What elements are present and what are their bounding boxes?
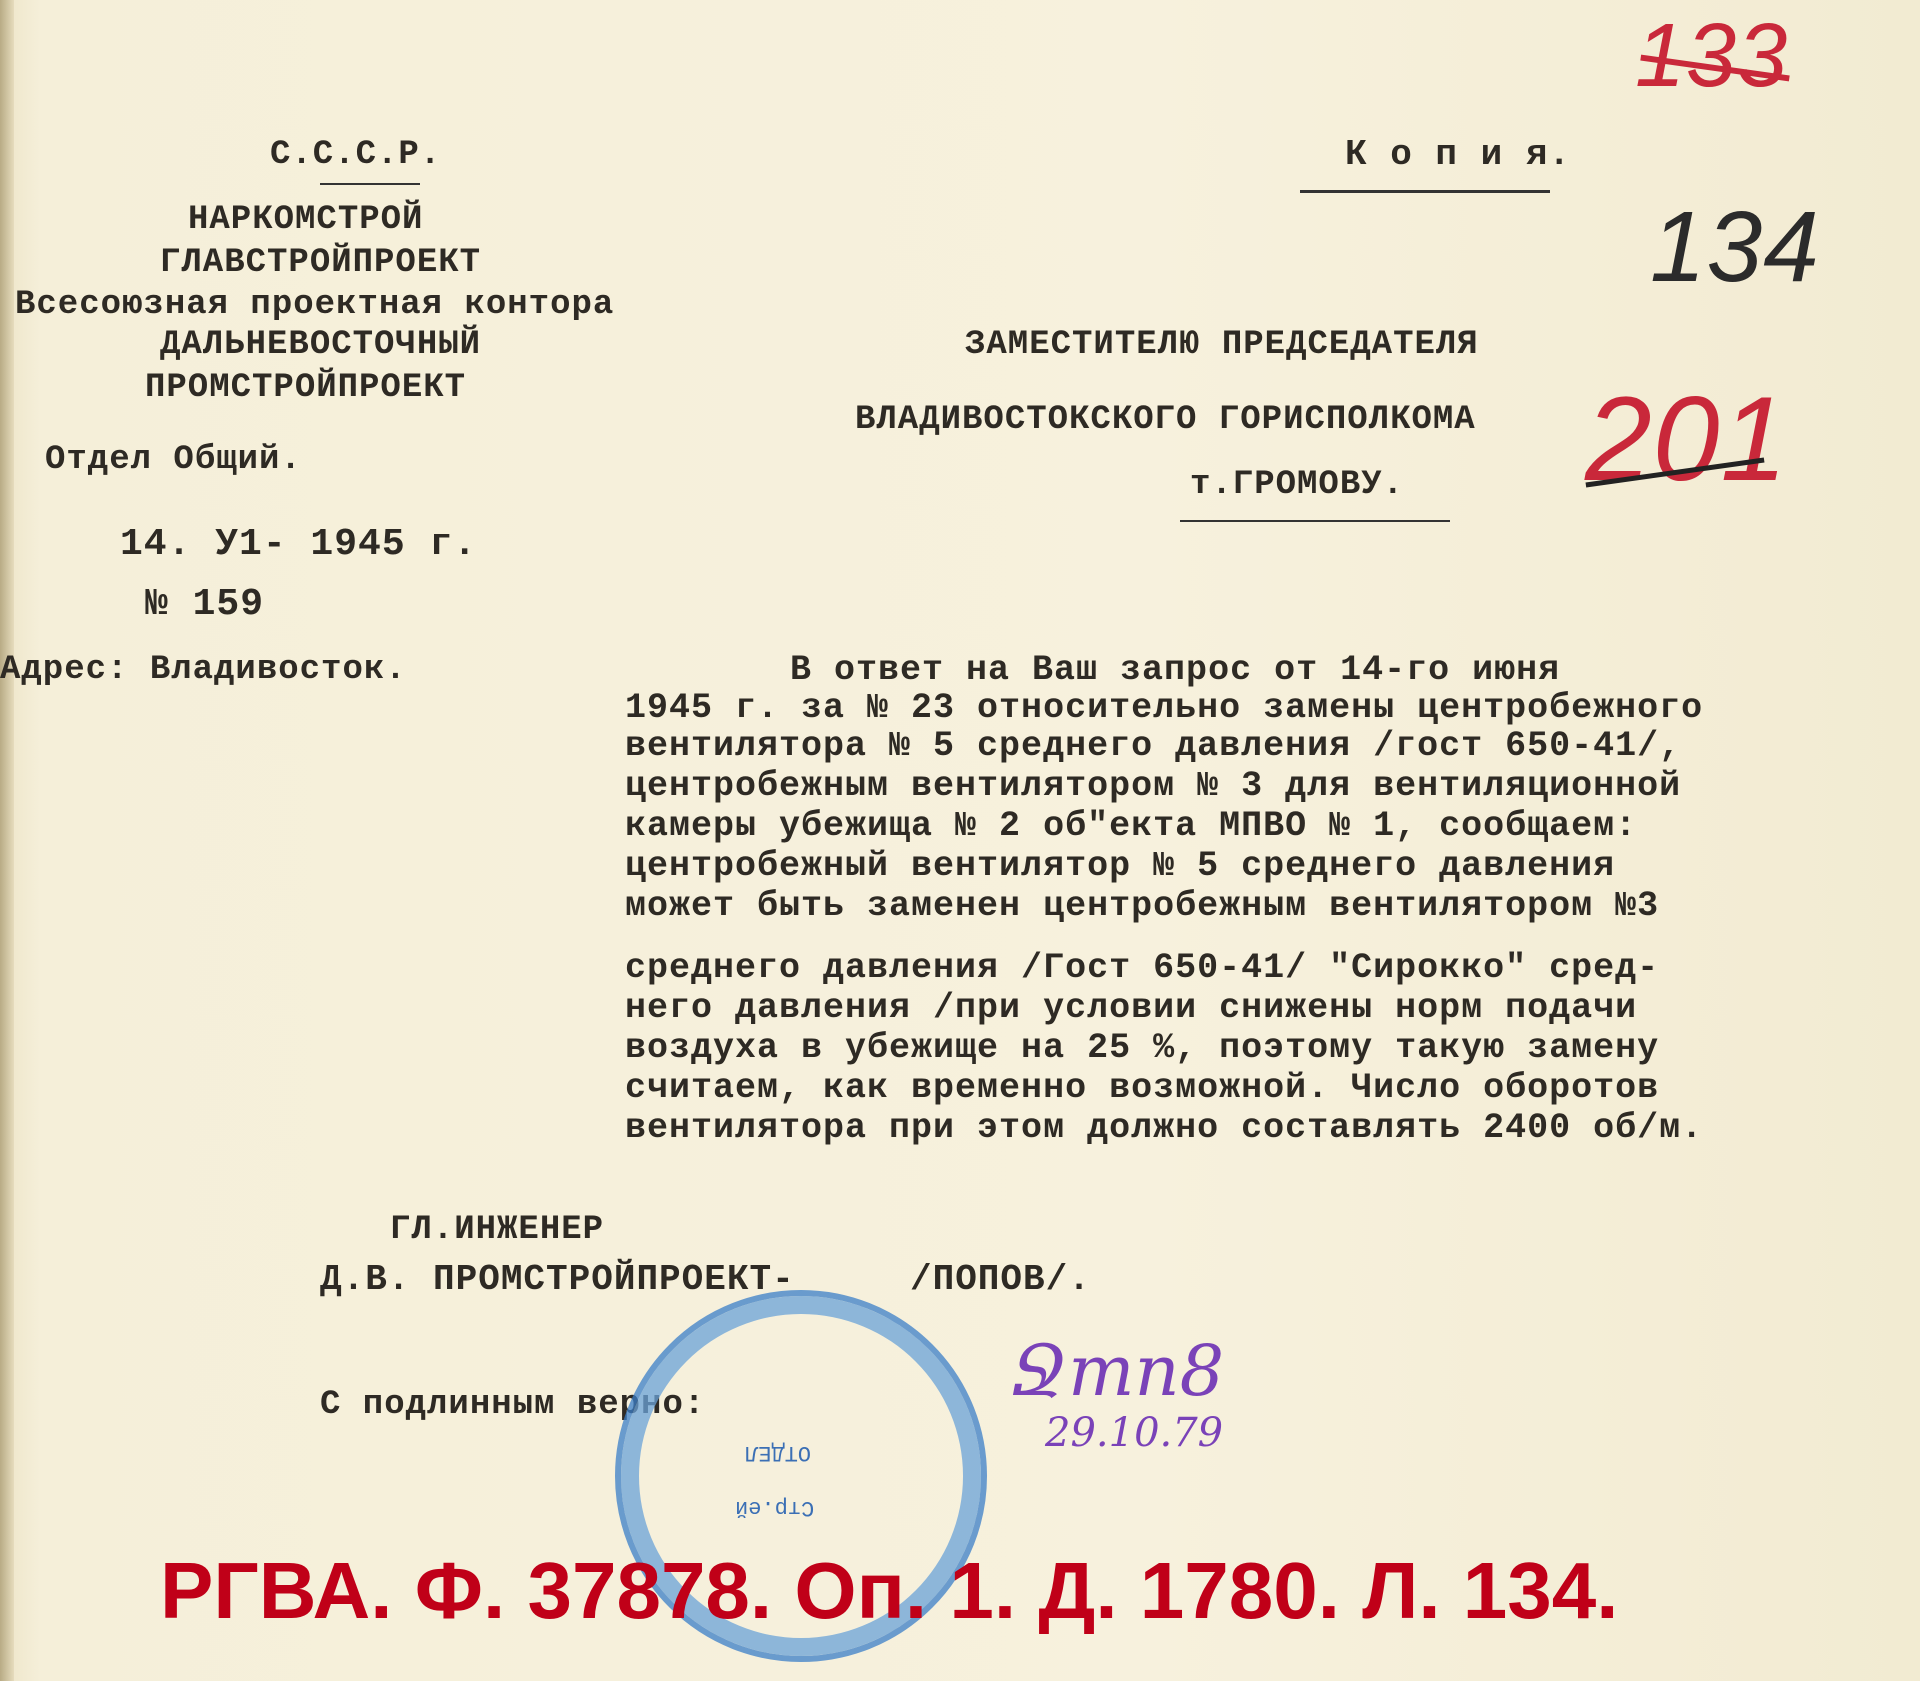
addressee-line-2: ВЛАДИВОСТОКСКОГО ГОРИСПОЛКОМА <box>855 400 1476 440</box>
letterhead-office-name-1: ДАЛЬНЕВОСТОЧНЫЙ <box>160 325 481 365</box>
signatory-title-1: ГЛ.ИНЖЕНЕР <box>390 1210 604 1250</box>
body-line-3: вентилятора № 5 среднего давления /гост … <box>625 726 1681 766</box>
addressee-underline <box>1180 520 1450 522</box>
body-line-11: считаем, как временно возможной. Число о… <box>625 1068 1659 1108</box>
letterhead-ministry: НАРКОМСТРОЙ <box>188 200 423 240</box>
letterhead-address: Адрес: Владивосток. <box>0 650 407 690</box>
body-line-5: камеры убежища № 2 об"екта МПВО № 1, соо… <box>625 806 1637 846</box>
letterhead-country: С.С.С.Р. <box>270 135 441 175</box>
body-line-4: центробежным вентилятором № 3 для вентил… <box>625 766 1681 806</box>
body-line-8: среднего давления /Гост 650-41/ "Сирокко… <box>625 948 1659 988</box>
letterhead-department: Отдел Общий. <box>45 440 302 480</box>
letterhead-date: 14. У1- 1945 г. <box>120 525 477 565</box>
letterhead-office-name-2: ПРОМСТРОЙПРОЕКТ <box>145 368 466 408</box>
crossed-red-number: 201 <box>1585 370 1788 508</box>
body-line-12: вентилятора при этом должно составлять 2… <box>625 1108 1703 1148</box>
signatory-title-2: Д.В. ПРОМСТРОЙПРОЕКТ- <box>320 1260 795 1300</box>
handwritten-date: 29.10.79 <box>1045 1410 1223 1456</box>
addressee-line-3: т.ГРОМОВУ. <box>1190 465 1404 505</box>
stamp-center-text-2: Стр.ей <box>735 1495 814 1520</box>
body-line-9: него давления /при условии снижены норм … <box>625 988 1637 1028</box>
signatory-name: /ПОПОВ/. <box>910 1260 1091 1300</box>
body-line-6: центробежный вентилятор № 5 среднего дав… <box>625 846 1615 886</box>
body-line-2: 1945 г. за № 23 относительно замены цент… <box>625 688 1703 728</box>
country-underline <box>320 183 420 185</box>
body-line-7: может быть заменен центробежным вентилят… <box>625 886 1659 926</box>
current-page-number: 134 <box>1650 190 1820 305</box>
body-line-10: воздуха в убежище на 25 %, поэтому такую… <box>625 1028 1659 1068</box>
copy-label: К о п и я. <box>1345 135 1571 175</box>
letterhead-office-type: Всесоюзная проектная контора <box>15 285 614 325</box>
archive-citation: РГВА. Ф. 37878. Оп. 1. Д. 1780. Л. 134. <box>160 1545 1618 1637</box>
body-line-1: В ответ на Ваш запрос от 14-го июня <box>790 650 1560 690</box>
letterhead-directorate: ГЛАВСТРОЙПРОЕКТ <box>160 243 481 283</box>
stamp-center-text-1: ОТДЕЛ <box>745 1440 811 1465</box>
letterhead-number: № 159 <box>145 585 264 625</box>
page-binding-edge <box>0 0 14 1681</box>
copy-label-underline <box>1300 190 1550 193</box>
addressee-line-1: ЗАМЕСТИТЕЛЮ ПРЕДСЕДАТЕЛЯ <box>965 325 1479 365</box>
handwritten-signature: Ջmn8 <box>1010 1330 1224 1412</box>
